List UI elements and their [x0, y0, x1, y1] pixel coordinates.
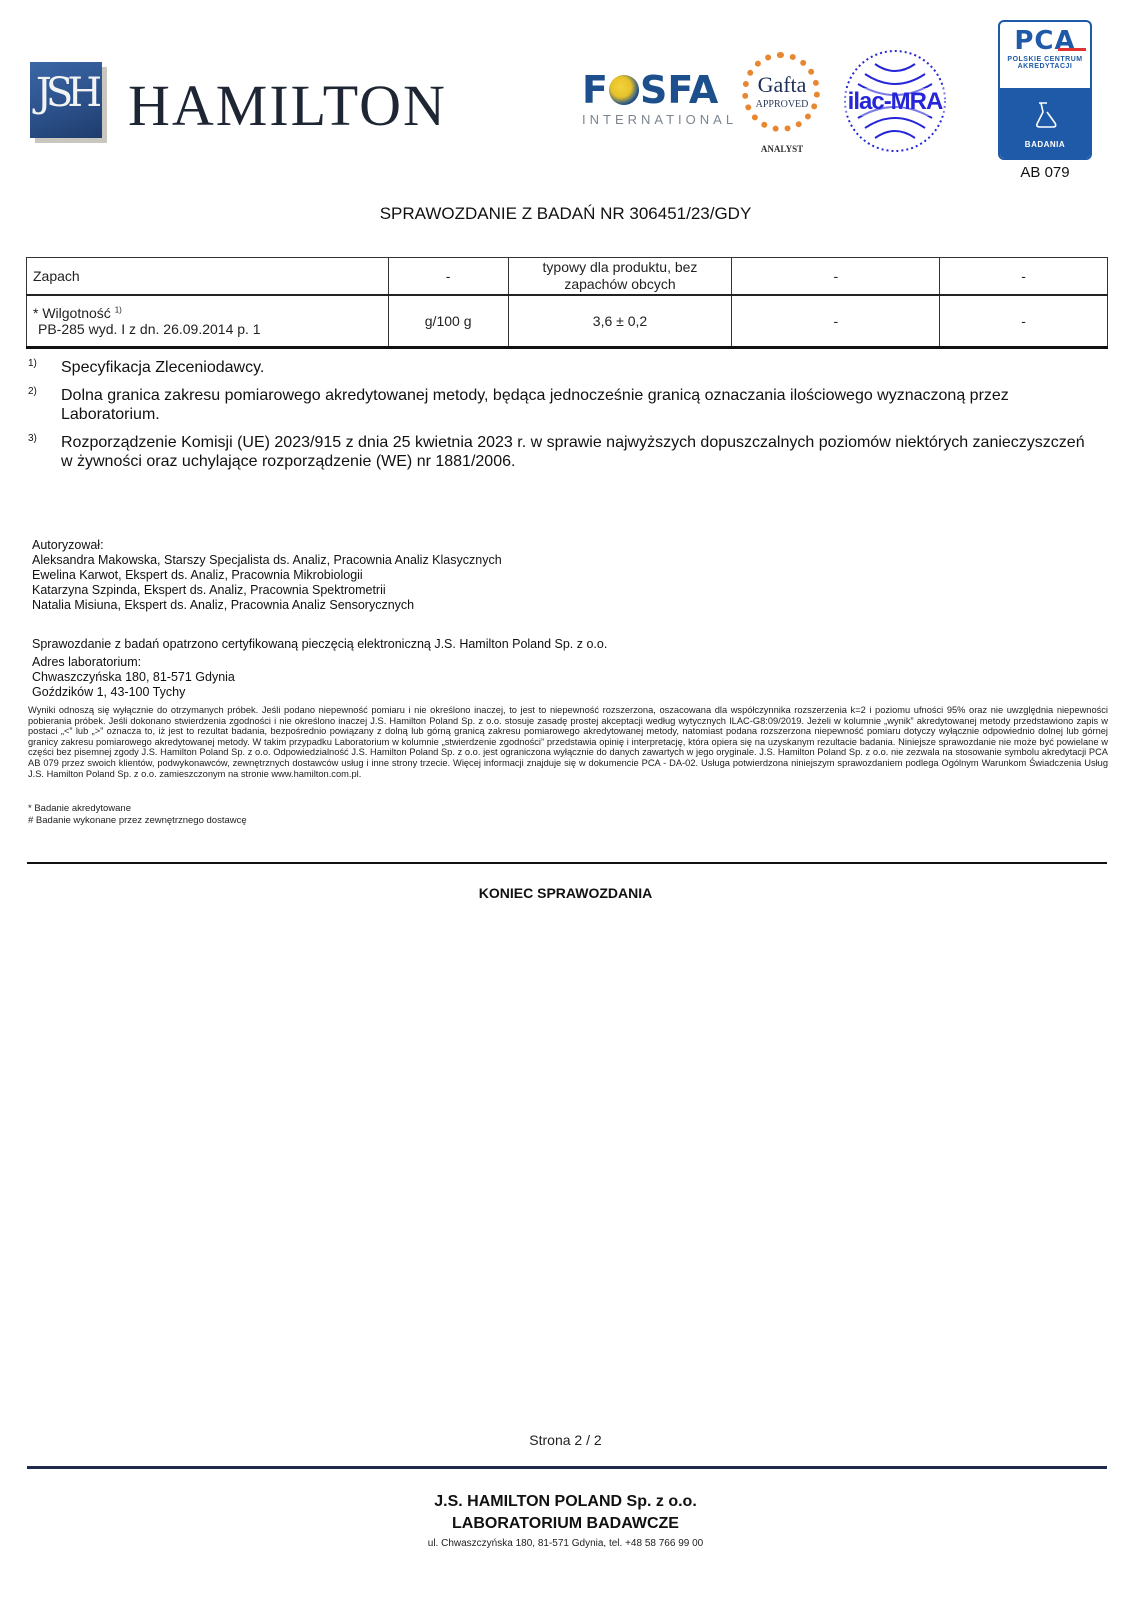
hamilton-logo-mark: JSH	[30, 62, 110, 142]
parameter-cell: Zapach	[27, 258, 389, 296]
footnotes: 1) Specyfikacja Zleceniodawcy. 2) Dolna …	[28, 358, 1088, 480]
unit-cell: -	[388, 258, 508, 296]
authorizer: Aleksandra Makowska, Starszy Specjalista…	[32, 553, 502, 568]
gafta-name: Gafta	[740, 72, 824, 98]
results-table: Zapach - typowy dla produktu, bez zapach…	[26, 257, 1108, 349]
accreditation-code: AB 079	[998, 164, 1092, 181]
gafta-logo: Gafta APPROVED ANALYST	[740, 52, 830, 157]
divider	[27, 862, 1107, 864]
flask-icon	[1033, 100, 1061, 130]
footer-address: ul. Chwaszczyńska 180, 81-571 Gdynia, te…	[0, 1538, 1131, 1549]
lab-address-block: Adres laboratorium: Chwaszczyńska 180, 8…	[32, 655, 235, 700]
footnote: 1) Specyfikacja Zleceniodawcy.	[28, 358, 1088, 377]
disclaimer-text: Wyniki odnoszą się wyłącznie do otrzyman…	[28, 705, 1108, 779]
lab-address-line: Goździków 1, 43-100 Tychy	[32, 685, 235, 700]
pca-logo: PCA POLSKIE CENTRUM AKREDYTACJI BADANIA	[998, 20, 1092, 160]
footnote-number: 1)	[28, 358, 61, 377]
limit-cell: -	[732, 258, 940, 296]
unit-cell: g/100 g	[388, 295, 508, 348]
footnote-text: Rozporządzenie Komisji (UE) 2023/915 z d…	[61, 433, 1088, 471]
footnote-text: Specyfikacja Zleceniodawcy.	[61, 358, 264, 377]
report-title: SPRAWOZDANIE Z BADAŃ NR 306451/23/GDY	[0, 204, 1131, 224]
gafta-approved: APPROVED	[740, 99, 824, 110]
footer-lab: LABORATORIUM BADAWCZE	[0, 1515, 1131, 1533]
logo-monogram: JSH	[30, 70, 102, 116]
conformity-cell: -	[940, 295, 1108, 348]
pca-badge-label: BADANIA	[1000, 140, 1090, 149]
table-row: Zapach - typowy dla produktu, bez zapach…	[27, 258, 1108, 296]
gafta-analyst: ANALYST	[740, 144, 824, 154]
pca-subtitle-1: POLSKIE CENTRUM	[1000, 56, 1090, 63]
legend: * Badanie akredytowane # Badanie wykonan…	[28, 803, 247, 827]
parameter-cell: * Wilgotność 1) PB-285 wyd. I z dn. 26.0…	[27, 295, 389, 348]
authorization-label: Autoryzował:	[32, 538, 502, 553]
pca-subtitle-2: AKREDYTACJI	[1000, 63, 1090, 70]
footer-company: J.S. HAMILTON POLAND Sp. z o.o.	[0, 1493, 1131, 1511]
ilac-label: ilac-MRA	[832, 88, 958, 116]
result-cell: 3,6 ± 0,2	[508, 295, 732, 348]
limit-cell: -	[732, 295, 940, 348]
footnote-number: 3)	[28, 433, 61, 471]
ilac-mra-logo: ilac-MRA	[840, 46, 950, 156]
parameter-name: * Wilgotność	[33, 305, 111, 321]
footnote-number: 2)	[28, 386, 61, 424]
result-cell: typowy dla produktu, bez zapachów obcych	[508, 258, 732, 296]
footnote-text: Dolna granica zakresu pomiarowego akredy…	[61, 386, 1088, 424]
authorizer: Katarzyna Szpinda, Ekspert ds. Analiz, P…	[32, 583, 502, 598]
parameter-name: Zapach	[33, 268, 80, 284]
fosfa-subtitle: INTERNATIONAL	[582, 112, 730, 127]
footnote: 2) Dolna granica zakresu pomiarowego akr…	[28, 386, 1088, 424]
conformity-cell: -	[940, 258, 1108, 296]
lab-address-label: Adres laboratorium:	[32, 655, 235, 670]
parameter-footnote-ref: 1)	[115, 305, 122, 314]
fosfa-letters: SFA	[640, 70, 718, 110]
footnote: 3) Rozporządzenie Komisji (UE) 2023/915 …	[28, 433, 1088, 471]
table-row: * Wilgotność 1) PB-285 wyd. I z dn. 26.0…	[27, 295, 1108, 348]
authorizer: Ewelina Karwot, Ekspert ds. Analiz, Prac…	[32, 568, 502, 583]
lab-address-line: Chwaszczyńska 180, 81-571 Gdynia	[32, 670, 235, 685]
legend-external: # Badanie wykonane przez zewnętrznego do…	[28, 815, 247, 827]
pca-badge-area: BADANIA	[1000, 88, 1090, 158]
authorizer: Natalia Misiuna, Ekspert ds. Analiz, Pra…	[32, 598, 502, 613]
globe-icon	[609, 75, 639, 105]
parameter-method: PB-285 wyd. I z dn. 26.09.2014 p. 1	[33, 321, 382, 337]
pca-red-stripe	[1058, 48, 1086, 51]
electronic-seal-note: Sprawozdanie z badań opatrzono certyfiko…	[32, 637, 607, 651]
pca-title: PCA	[1000, 26, 1090, 56]
hamilton-logo-word: HAMILTON	[128, 72, 447, 139]
fosfa-letter-f: F	[582, 70, 608, 110]
footer-divider	[27, 1466, 1107, 1469]
fosfa-logo: F SFA INTERNATIONAL	[582, 70, 730, 127]
authorization-block: Autoryzował: Aleksandra Makowska, Starsz…	[32, 538, 502, 613]
legend-accredited: * Badanie akredytowane	[28, 803, 247, 815]
page-number: Strona 2 / 2	[0, 1432, 1131, 1448]
end-of-report-label: KONIEC SPRAWOZDANIA	[0, 885, 1131, 901]
